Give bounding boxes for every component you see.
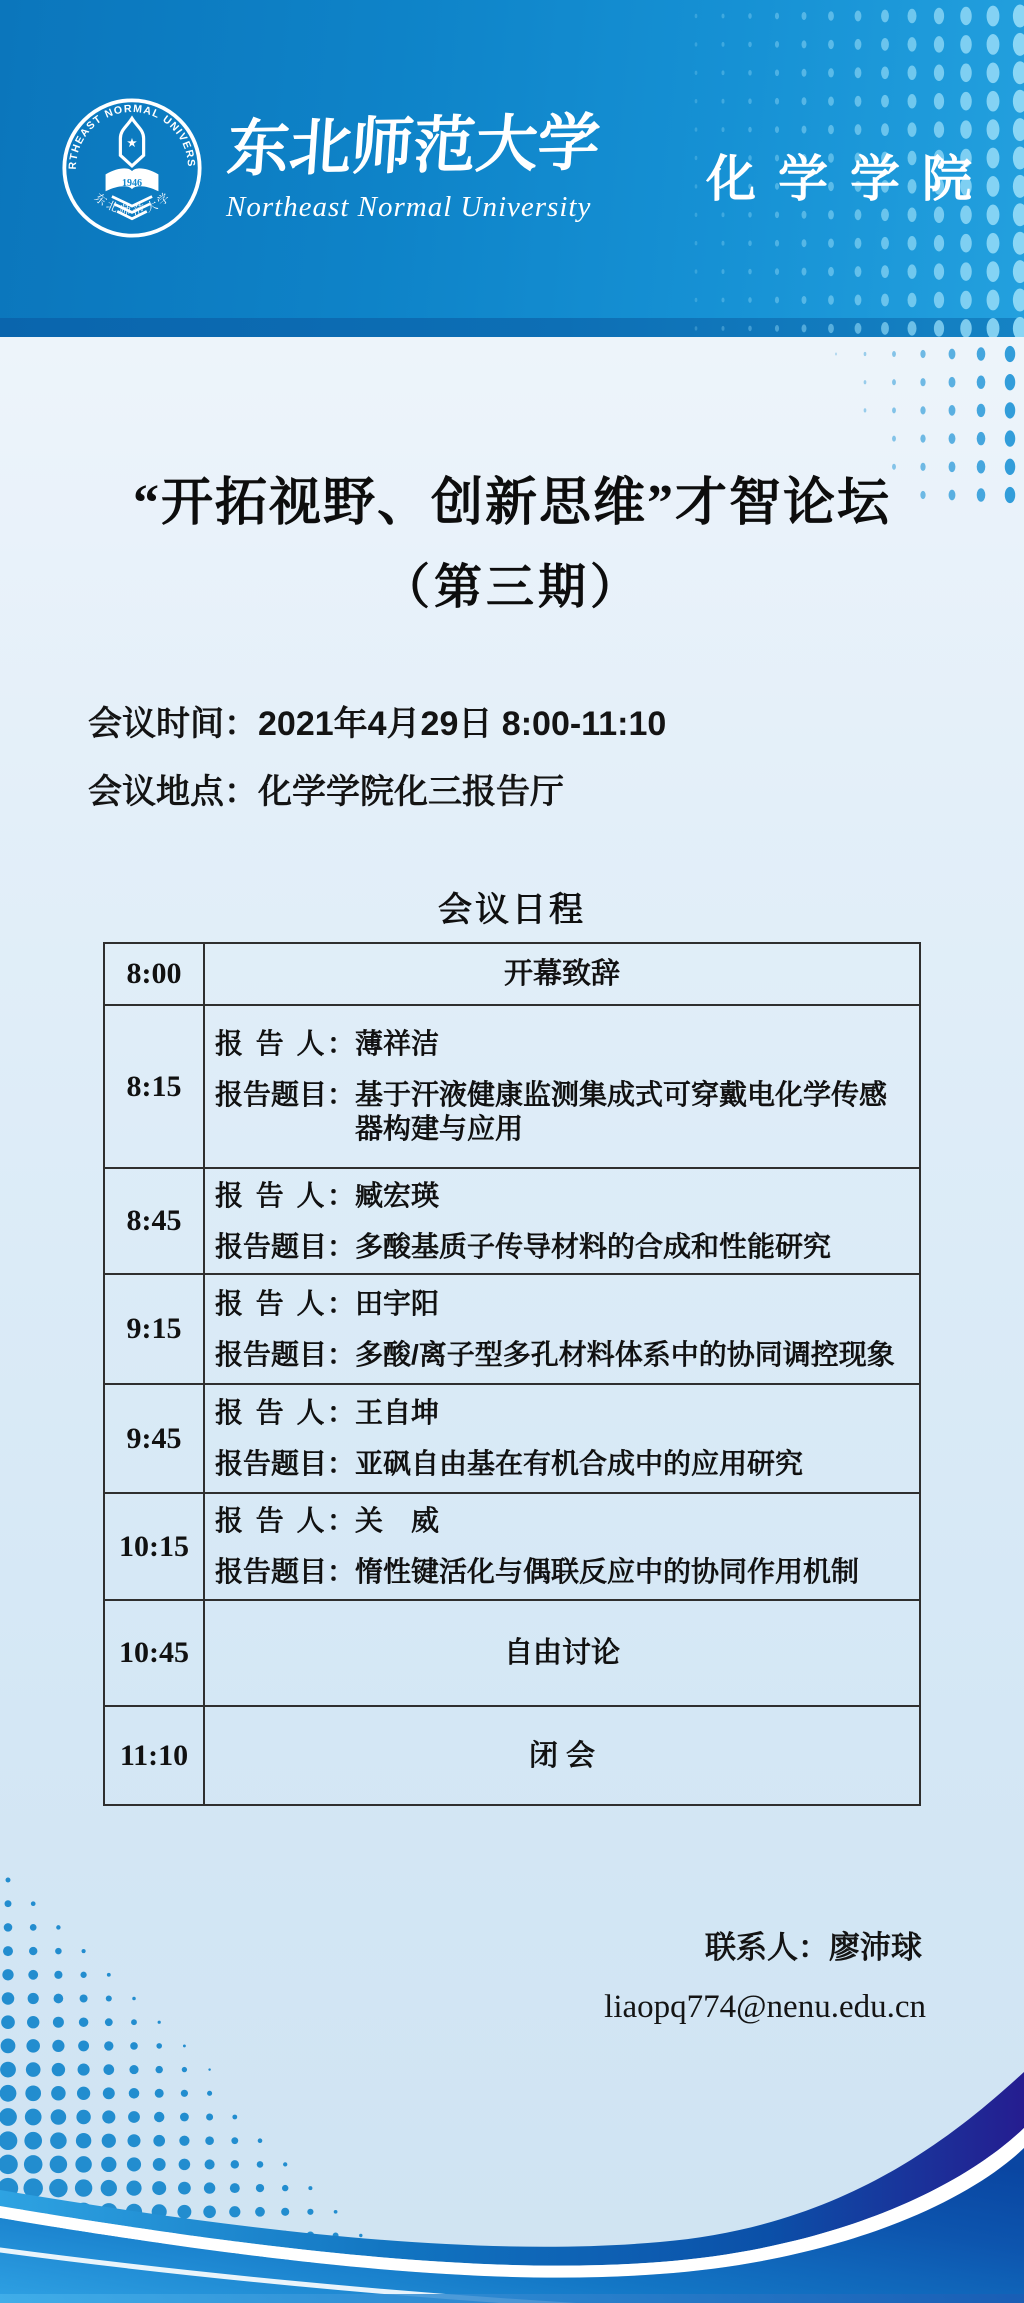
university-name-en: Northeast Normal University [226,191,591,224]
speaker-line: 报 告 人：田宇阳 [215,1287,913,1321]
table-row: 9:15 报 告 人：田宇阳 报告题目：多酸/离子型多孔材料体系中的协同调控现象 [105,1273,919,1383]
table-row: 11:10 闭 会 [105,1705,919,1804]
speaker-name: 关 威 [355,1504,913,1538]
title-line: 报告题目：多酸/离子型多孔材料体系中的协同调控现象 [215,1338,913,1372]
table-row: 9:45 报 告 人：王自坤 报告题目：亚砜自由基在有机合成中的应用研究 [105,1383,919,1492]
speaker-name: 薄祥洁 [355,1027,913,1061]
speaker-name: 臧宏瑛 [355,1179,913,1213]
header-banner: NORTHEAST NORMAL UNIVERSITY 东 北 师 范 大 学 … [0,0,1024,337]
speaker-name: 田宇阳 [355,1287,913,1321]
table-row: 10:15 报 告 人：关 威 报告题目：惰性键活化与偶联反应中的协同作用机制 [105,1492,919,1599]
table-row: 8:00 开幕致辞 [105,944,919,1004]
meeting-place-value: 化学学院化三报告厅 [258,773,564,811]
speaker-label: 报 告 人： [215,1396,355,1430]
talk-title: 多酸/离子型多孔材料体系中的协同调控现象 [355,1338,913,1372]
title-line: 报告题目：惰性键活化与偶联反应中的协同作用机制 [215,1555,913,1589]
speaker-line: 报 告 人：臧宏瑛 [215,1179,913,1213]
title-label: 报告题目： [215,1555,355,1589]
speaker-label: 报 告 人： [215,1027,355,1061]
row-content: 开幕致辞 [504,957,620,991]
meeting-info: 会议时间：2021年4月29日 8:00-11:10 会议地点：化学学院化三报告… [88,704,666,840]
speaker-label: 报 告 人： [215,1287,355,1321]
row-time: 11:10 [105,1707,205,1804]
contact-block: 联系人：廖沛球 liaopq774@nenu.edu.cn [604,1922,926,2026]
contact-person: 联系人：廖沛球 [604,1922,926,1967]
title-line: 报告题目：基于汗液健康监测集成式可穿戴电化学传感器构建与应用 [215,1078,913,1146]
talk-title: 基于汗液健康监测集成式可穿戴电化学传感器构建与应用 [355,1078,913,1146]
seal-ring-text-en: NORTHEAST NORMAL UNIVERSITY [58,94,197,170]
table-row: 8:45 报 告 人：臧宏瑛 报告题目：多酸基质子传导材料的合成和性能研究 [105,1167,919,1273]
contact-email: liaopq774@nenu.edu.cn [604,1989,926,2026]
title-line: 报告题目：亚砜自由基在有机合成中的应用研究 [215,1447,913,1481]
title-label: 报告题目： [215,1078,355,1112]
talk-title: 惰性键活化与偶联反应中的协同作用机制 [355,1555,913,1589]
meeting-time-line: 会议时间：2021年4月29日 8:00-11:10 [88,704,666,772]
table-row: 10:45 自由讨论 [105,1599,919,1705]
meeting-time-value: 2021年4月29日 8:00-11:10 [258,705,666,743]
university-seal-logo: NORTHEAST NORMAL UNIVERSITY 东 北 师 范 大 学 … [58,94,206,242]
schedule-heading: 会议日程 [0,882,1024,931]
meeting-place-line: 会议地点：化学学院化三报告厅 [88,772,666,840]
title-label: 报告题目： [215,1338,355,1372]
row-content: 自由讨论 [504,1636,620,1670]
footer-wave [0,2050,1024,2303]
poster-page: NORTHEAST NORMAL UNIVERSITY 东 北 师 范 大 学 … [0,0,1024,2303]
speaker-name: 王自坤 [355,1396,913,1430]
title-label: 报告题目： [215,1447,355,1481]
schedule-table: 8:00 开幕致辞 8:15 报 告 人：薄祥洁 报告题目：基于汗液健康监测集成… [103,942,921,1806]
university-name-cn: 东北师范大学 [225,93,612,189]
speaker-label: 报 告 人： [215,1504,355,1538]
row-time: 9:45 [105,1385,205,1492]
contact-name-value: 廖沛球 [829,1930,922,1965]
footer-bottom-strip [0,2294,1024,2303]
speaker-line: 报 告 人：王自坤 [215,1396,913,1430]
seal-star-icon: ★ [126,136,137,150]
svg-text:NORTHEAST NORMAL UNIVERSITY: NORTHEAST NORMAL UNIVERSITY [58,94,197,170]
row-time: 8:45 [105,1169,205,1273]
meeting-time-label: 会议时间： [88,705,258,743]
seal-year: 1946 [122,178,142,189]
title-label: 报告题目： [215,1230,355,1264]
forum-title-line2: （第三期） [0,548,1024,617]
row-time: 9:15 [105,1275,205,1383]
forum-title-line1: “开拓视野、创新思维”才智论坛 [0,460,1024,535]
speaker-line: 报 告 人：薄祥洁 [215,1027,913,1061]
meeting-place-label: 会议地点： [88,773,258,811]
row-content: 闭 会 [529,1739,595,1773]
talk-title: 亚砜自由基在有机合成中的应用研究 [355,1447,913,1481]
speaker-label: 报 告 人： [215,1179,355,1213]
title-line: 报告题目：多酸基质子传导材料的合成和性能研究 [215,1230,913,1264]
college-name: 化学学院 [706,139,994,211]
table-row: 8:15 报 告 人：薄祥洁 报告题目：基于汗液健康监测集成式可穿戴电化学传感器… [105,1004,919,1167]
row-time: 10:45 [105,1601,205,1705]
row-time: 8:15 [105,1006,205,1167]
speaker-line: 报 告 人：关 威 [215,1504,913,1538]
talk-title: 多酸基质子传导材料的合成和性能研究 [355,1230,913,1264]
contact-label: 联系人： [705,1930,829,1965]
row-time: 8:00 [105,944,205,1004]
row-time: 10:15 [105,1494,205,1599]
